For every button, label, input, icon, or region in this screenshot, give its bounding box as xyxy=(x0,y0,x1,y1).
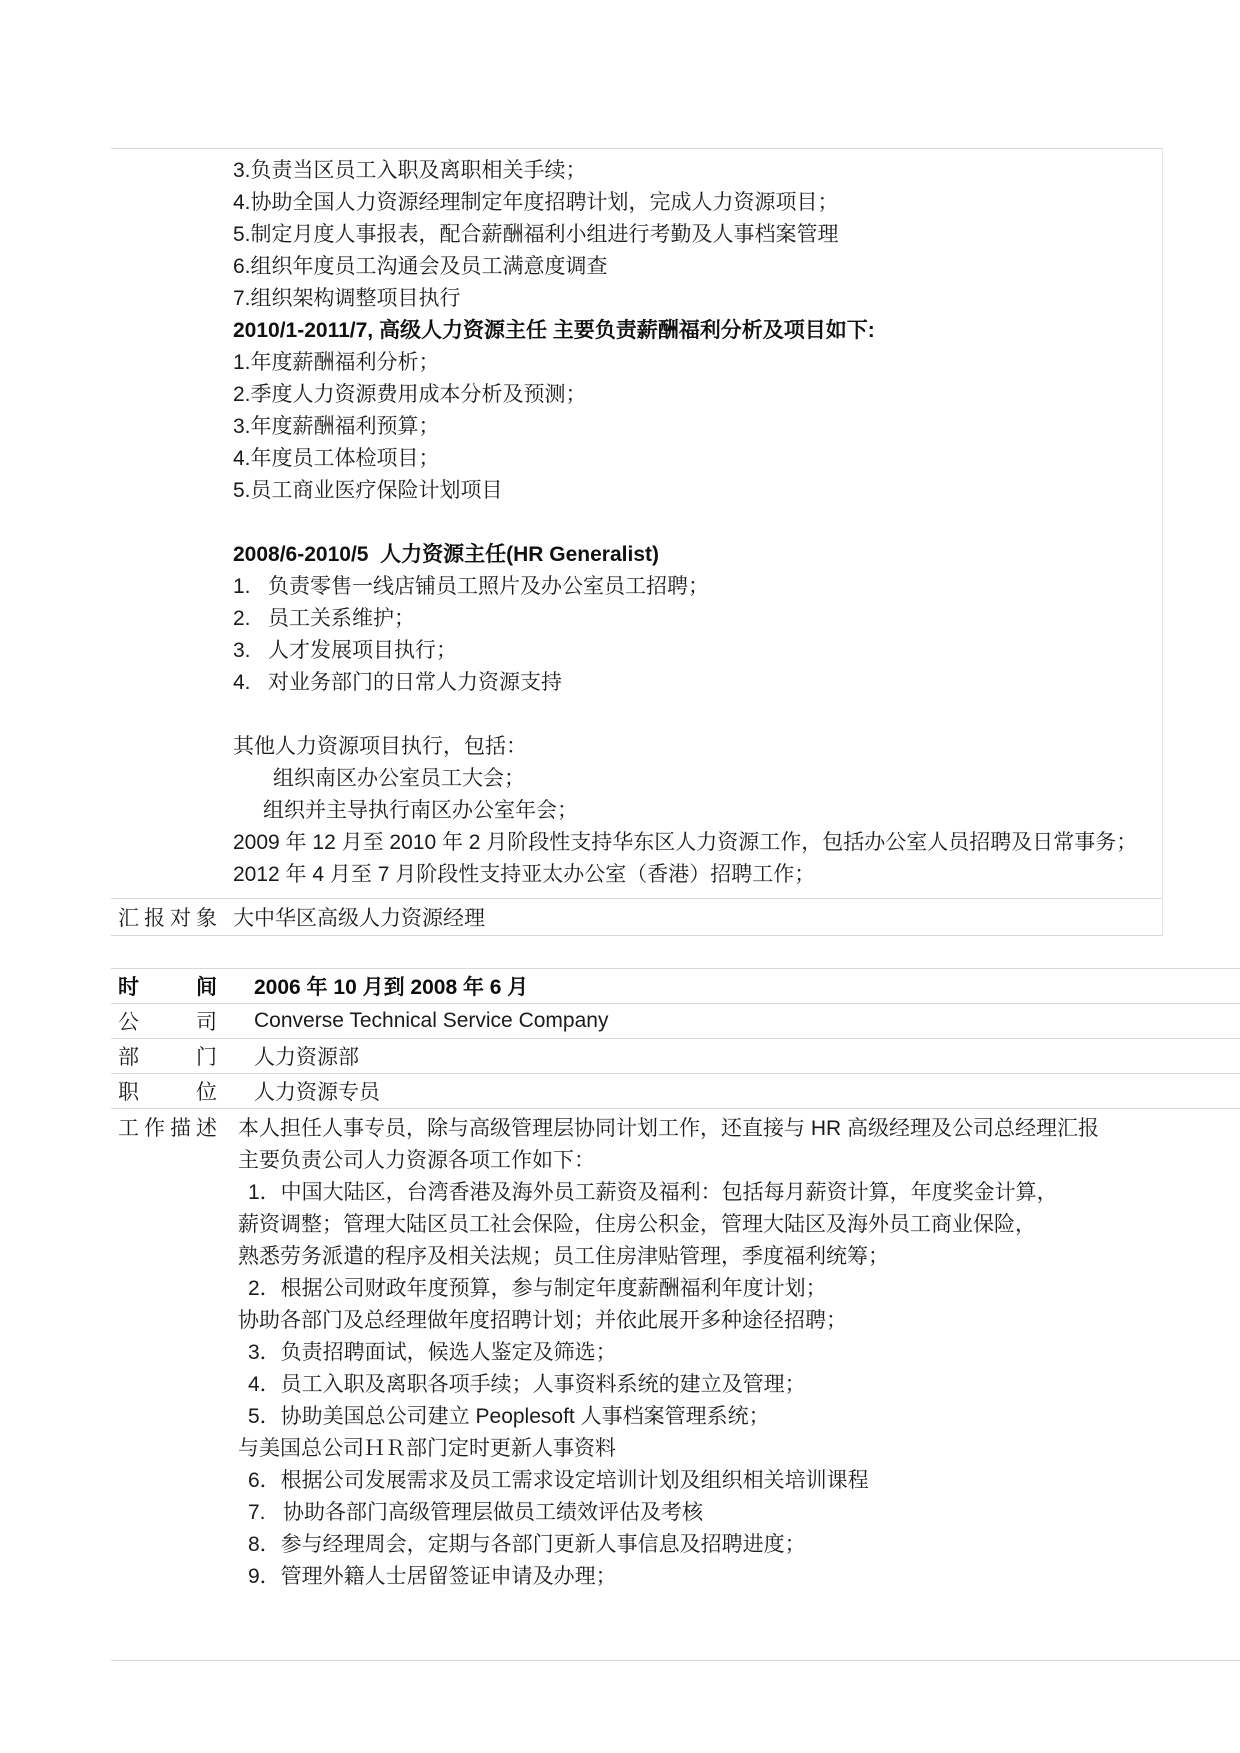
description-line: 5.员工商业医疗保险计划项目 xyxy=(233,475,1152,507)
company-row: 公司 Converse Technical Service Company xyxy=(111,1004,1240,1039)
work-description-label: 工作描述 xyxy=(118,1109,217,1145)
description-line: 6．根据公司发展需求及员工需求设定培训计划及组织相关培训课程 xyxy=(238,1465,1234,1497)
description-line: 3.负责当区员工入职及离职相关手续； xyxy=(233,155,1152,187)
experience-table-2006-2008: 时间 2006 年 10 月到 2008 年 6 月 公司 Converse T… xyxy=(111,968,1240,1661)
description-line: 1．中国大陆区，台湾香港及海外员工薪资及福利：包括每月薪资计算，年度奖金计算， xyxy=(238,1177,1234,1209)
description-line: 4.协助全国人力资源经理制定年度招聘计划，完成人力资源项目； xyxy=(233,187,1152,219)
blank-line xyxy=(233,507,1152,539)
description-line: 组织并主导执行南区办公室年会； xyxy=(233,795,1152,827)
company-label: 公司 xyxy=(118,1006,217,1036)
department-value: 人力资源部 xyxy=(254,1041,359,1071)
description-line: 4．员工入职及离职各项手续；人事资料系统的建立及管理； xyxy=(238,1369,1234,1401)
department-label: 部门 xyxy=(118,1041,217,1071)
description-line: 6.组织年度员工沟通会及员工满意度调查 xyxy=(233,251,1152,283)
department-row: 部门 人力资源部 xyxy=(111,1039,1240,1074)
description-line: 主要负责公司人力资源各项工作如下： xyxy=(238,1145,1234,1177)
work-description-cell: 本人担任人事专员，除与高级管理层协同计划工作，还直接与 HR 高级经理及公司总经… xyxy=(217,1109,1240,1593)
time-row: 时间 2006 年 10 月到 2008 年 6 月 xyxy=(111,969,1240,1004)
description-line: 3．负责招聘面试，候选人鉴定及筛选； xyxy=(238,1337,1234,1369)
time-value: 2006 年 10 月到 2008 年 6 月 xyxy=(254,971,528,1001)
description-line: 其他人力资源项目执行，包括： xyxy=(233,731,1152,763)
description-line: 4.年度员工体检项目； xyxy=(233,443,1152,475)
description-line: 3. 人才发展项目执行； xyxy=(233,635,1152,667)
description-line: 2．根据公司财政年度预算，参与制定年度薪酬福利年度计划； xyxy=(238,1273,1234,1305)
position-label: 职位 xyxy=(118,1076,217,1106)
description-line: 3.年度薪酬福利预算； xyxy=(233,411,1152,443)
description-line: 2.季度人力资源费用成本分析及预测； xyxy=(233,379,1152,411)
description-line: 本人担任人事专员，除与高级管理层协同计划工作，还直接与 HR 高级经理及公司总经… xyxy=(238,1113,1234,1145)
description-line: 7. 协助各部门高级管理层做员工绩效评估及考核 xyxy=(238,1497,1234,1529)
resume-page: 3.负责当区员工入职及离职相关手续； 4.协助全国人力资源经理制定年度招聘计划，… xyxy=(0,0,1240,1753)
description-line: 9．管理外籍人士居留签证申请及办理； xyxy=(238,1561,1234,1593)
report-to-label: 汇报对象 xyxy=(118,902,217,932)
description-line: 组织南区办公室员工大会； xyxy=(233,763,1152,795)
description-line: 熟悉劳务派遣的程序及相关法规；员工住房津贴管理，季度福利统筹； xyxy=(238,1241,1234,1273)
description-line: 协助各部门及总经理做年度招聘计划；并依此展开多种途径招聘； xyxy=(238,1305,1234,1337)
position-row: 职位 人力资源专员 xyxy=(111,1074,1240,1109)
time-label: 时间 xyxy=(118,971,217,1001)
description-line: 4. 对业务部门的日常人力资源支持 xyxy=(233,667,1152,699)
description-line: 与美国总公司ＨＲ部门定时更新人事资料 xyxy=(238,1433,1234,1465)
blank-line xyxy=(233,699,1152,731)
work-description-cell: 3.负责当区员工入职及离职相关手续； 4.协助全国人力资源经理制定年度招聘计划，… xyxy=(111,149,1162,898)
description-line: 5．协助美国总公司建立 Peoplesoft 人事档案管理系统； xyxy=(238,1401,1234,1433)
description-line: 2. 员工关系维护； xyxy=(233,603,1152,635)
description-line: 1. 负责零售一线店铺员工照片及办公室员工招聘； xyxy=(233,571,1152,603)
experience-table-previous-job: 3.负责当区员工入职及离职相关手续； 4.协助全国人力资源经理制定年度招聘计划，… xyxy=(111,148,1163,936)
job-period-heading: 2008/6-2010/5 人力资源主任(HR Generalist) xyxy=(233,539,1152,571)
description-line: 5.制定月度人事报表，配合薪酬福利小组进行考勤及人事档案管理 xyxy=(233,219,1152,251)
report-to-row: 汇报对象 大中华区高级人力资源经理 xyxy=(111,898,1162,935)
description-line: 8．参与经理周会，定期与各部门更新人事信息及招聘进度； xyxy=(238,1529,1234,1561)
description-line: 1.年度薪酬福利分析； xyxy=(233,347,1152,379)
description-line: 7.组织架构调整项目执行 xyxy=(233,283,1152,315)
job-period-heading: 2010/1-2011/7, 高级人力资源主任 主要负责薪酬福利分析及项目如下: xyxy=(233,315,1152,347)
description-line: 2009 年 12 月至 2010 年 2 月阶段性支持华东区人力资源工作，包括… xyxy=(233,827,1152,859)
company-value: Converse Technical Service Company xyxy=(254,1009,608,1033)
description-line: 2012 年 4 月至 7 月阶段性支持亚太办公室（香港）招聘工作； xyxy=(233,859,1152,891)
work-description-row: 工作描述 本人担任人事专员，除与高级管理层协同计划工作，还直接与 HR 高级经理… xyxy=(111,1109,1240,1661)
position-value: 人力资源专员 xyxy=(254,1076,380,1106)
report-to-value: 大中华区高级人力资源经理 xyxy=(233,902,485,932)
description-line: 薪资调整；管理大陆区员工社会保险，住房公积金，管理大陆区及海外员工商业保险， xyxy=(238,1209,1234,1241)
